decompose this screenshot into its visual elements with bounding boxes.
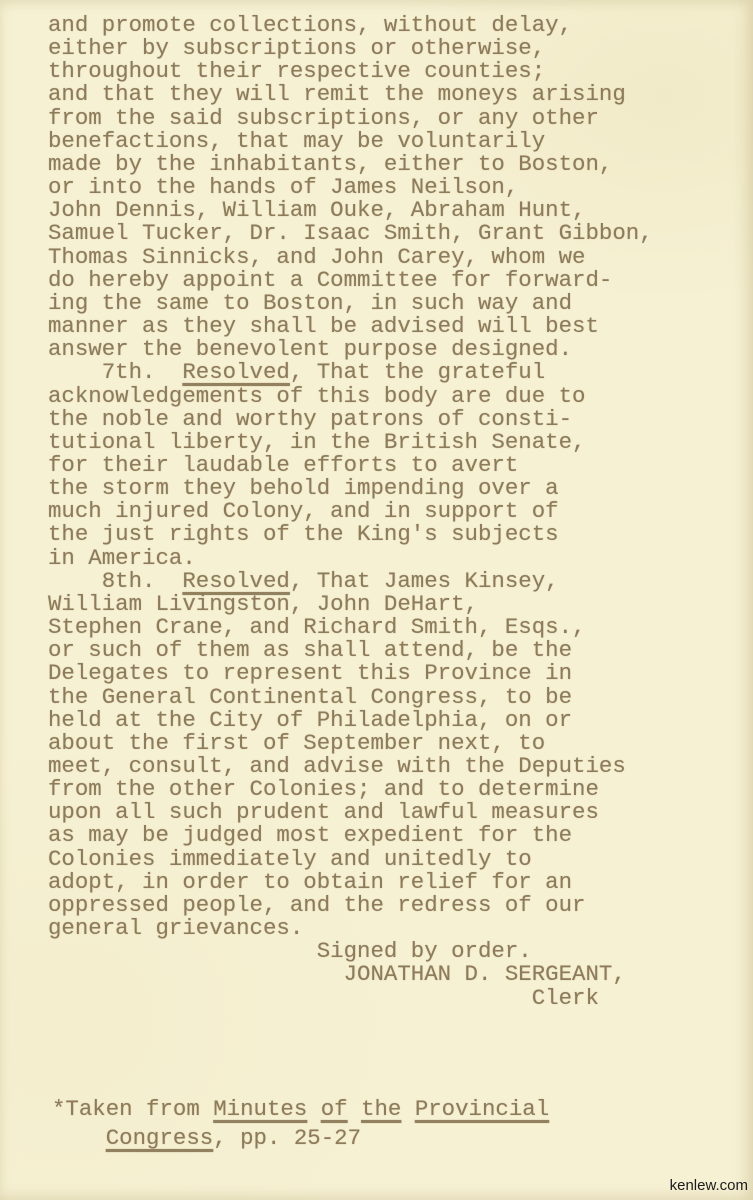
text-segment: , pp. 25-27 (213, 1125, 361, 1151)
text-segment: or into the hands of James Neilson, (48, 174, 518, 200)
text-segment: from the said subscriptions, or any othe… (48, 105, 599, 131)
underlined-text: Resolved (182, 568, 290, 594)
text-segment: the General Continental Congress, to be (48, 684, 572, 710)
text-segment: as may be judged most expedient for the (48, 822, 572, 848)
text-segment: benefactions, that may be voluntarily (48, 128, 545, 154)
underlined-text: Provincial (415, 1096, 549, 1122)
text-segment: , That James Kinsey, (290, 568, 559, 594)
text-segment: oppressed people, and the redress of our (48, 892, 585, 918)
document-line: meet, consult, and advise with the Deput… (48, 755, 653, 778)
text-segment (348, 1096, 361, 1122)
document-line: much injured Colony, and in support of (48, 500, 653, 523)
document-line: 7th. Resolved, That the grateful (48, 361, 653, 384)
underlined-text: the (361, 1096, 401, 1122)
document-line: adopt, in order to obtain relief for an (48, 871, 653, 894)
document-line: general grievances. (48, 917, 653, 940)
document-line: Signed by order. (48, 940, 653, 963)
document-line: manner as they shall be advised will bes… (48, 315, 653, 338)
text-segment: *Taken from (52, 1096, 213, 1122)
document-line: Thomas Sinnicks, and John Carey, whom we (48, 246, 653, 269)
text-segment: Colonies immediately and unitedly to (48, 846, 532, 872)
document-body-text: and promote collections, without delay,e… (48, 14, 653, 1010)
text-segment (307, 1096, 320, 1122)
underlined-text: Resolved (182, 359, 290, 385)
document-line: or into the hands of James Neilson, (48, 176, 653, 199)
document-line: upon all such prudent and lawful measure… (48, 801, 653, 824)
text-segment: the storm they behold impending over a (48, 475, 559, 501)
underlined-text: of (321, 1096, 348, 1122)
document-line: the General Continental Congress, to be (48, 686, 653, 709)
text-segment: JONATHAN D. SERGEANT, (48, 961, 626, 987)
text-segment: and that they will remit the moneys aris… (48, 81, 626, 107)
underlined-text: Congress (106, 1125, 214, 1151)
document-line: and that they will remit the moneys aris… (48, 83, 653, 106)
document-line: William Livingston, John DeHart, (48, 593, 653, 616)
text-segment: manner as they shall be advised will bes… (48, 313, 599, 339)
text-segment: about the first of September next, to (48, 730, 545, 756)
text-segment: throughout their respective counties; (48, 58, 545, 84)
document-line: JONATHAN D. SERGEANT, (48, 963, 653, 986)
document-line: the just rights of the King's subjects (48, 523, 653, 546)
text-segment: upon all such prudent and lawful measure… (48, 799, 599, 825)
document-line: in America. (48, 547, 653, 570)
document-line: ing the same to Boston, in such way and (48, 292, 653, 315)
text-segment: or such of them as shall attend, be the (48, 637, 572, 663)
text-segment: the just rights of the King's subjects (48, 521, 559, 547)
text-segment: acknowledgements of this body are due to (48, 383, 585, 409)
site-watermark: kenlew.com (670, 1177, 748, 1194)
text-segment: John Dennis, William Ouke, Abraham Hunt, (48, 197, 585, 223)
text-segment: 8th. (48, 568, 182, 594)
document-line: Clerk (48, 987, 653, 1010)
text-segment: William Livingston, John DeHart, (48, 591, 478, 617)
text-segment: adopt, in order to obtain relief for an (48, 869, 572, 895)
document-line: Samuel Tucker, Dr. Isaac Smith, Grant Gi… (48, 222, 653, 245)
document-line: from the said subscriptions, or any othe… (48, 107, 653, 130)
text-segment: answer the benevolent purpose designed. (48, 336, 572, 362)
text-segment: Clerk (48, 985, 599, 1011)
text-segment: much injured Colony, and in support of (48, 498, 559, 524)
text-segment: either by subscriptions or otherwise, (48, 35, 545, 61)
document-line: Delegates to represent this Province in (48, 662, 653, 685)
text-segment: in America. (48, 545, 196, 571)
document-line: for their laudable efforts to avert (48, 454, 653, 477)
document-line: acknowledgements of this body are due to (48, 385, 653, 408)
document-line: throughout their respective counties; (48, 60, 653, 83)
document-line: tutional liberty, in the British Senate, (48, 431, 653, 454)
text-segment: tutional liberty, in the British Senate, (48, 429, 585, 455)
document-line: or such of them as shall attend, be the (48, 639, 653, 662)
text-segment: do hereby appoint a Committee for forwar… (48, 267, 612, 293)
document-line: the storm they behold impending over a (48, 477, 653, 500)
document-line: from the other Colonies; and to determin… (48, 778, 653, 801)
text-segment: ing the same to Boston, in such way and (48, 290, 572, 316)
document-line: Congress, pp. 25-27 (52, 1124, 549, 1153)
text-segment: made by the inhabitants, either to Bosto… (48, 151, 612, 177)
document-line: made by the inhabitants, either to Bosto… (48, 153, 653, 176)
text-segment: , That the grateful (290, 359, 545, 385)
text-segment: Thomas Sinnicks, and John Carey, whom we (48, 244, 585, 270)
text-segment: Samuel Tucker, Dr. Isaac Smith, Grant Gi… (48, 220, 653, 246)
text-segment: the noble and worthy patrons of consti- (48, 406, 572, 432)
document-line: the noble and worthy patrons of consti- (48, 408, 653, 431)
underlined-text: Minutes (213, 1096, 307, 1122)
document-footnote: *Taken from Minutes of the Provincial Co… (52, 1095, 549, 1153)
document-line: as may be judged most expedient for the (48, 824, 653, 847)
text-segment (401, 1096, 414, 1122)
text-segment: Delegates to represent this Province in (48, 660, 572, 686)
text-segment: Stephen Crane, and Richard Smith, Esqs., (48, 614, 585, 640)
document-line: John Dennis, William Ouke, Abraham Hunt, (48, 199, 653, 222)
text-segment: meet, consult, and advise with the Deput… (48, 753, 626, 779)
document-line: answer the benevolent purpose designed. (48, 338, 653, 361)
document-line: oppressed people, and the redress of our (48, 894, 653, 917)
text-segment: from the other Colonies; and to determin… (48, 776, 599, 802)
text-segment: general grievances. (48, 915, 303, 941)
document-line: Colonies immediately and unitedly to (48, 848, 653, 871)
text-segment: 7th. (48, 359, 182, 385)
text-segment: and promote collections, without delay, (48, 12, 572, 38)
document-line: either by subscriptions or otherwise, (48, 37, 653, 60)
document-line: about the first of September next, to (48, 732, 653, 755)
text-segment (52, 1125, 106, 1151)
document-line: 8th. Resolved, That James Kinsey, (48, 570, 653, 593)
document-line: and promote collections, without delay, (48, 14, 653, 37)
text-segment: Signed by order. (48, 938, 532, 964)
scanned-document-page: and promote collections, without delay,e… (0, 0, 753, 1200)
document-line: Stephen Crane, and Richard Smith, Esqs., (48, 616, 653, 639)
text-segment: held at the City of Philadelphia, on or (48, 707, 572, 733)
document-line: benefactions, that may be voluntarily (48, 130, 653, 153)
document-line: do hereby appoint a Committee for forwar… (48, 269, 653, 292)
document-line: *Taken from Minutes of the Provincial (52, 1095, 549, 1124)
document-line: held at the City of Philadelphia, on or (48, 709, 653, 732)
text-segment: for their laudable efforts to avert (48, 452, 518, 478)
